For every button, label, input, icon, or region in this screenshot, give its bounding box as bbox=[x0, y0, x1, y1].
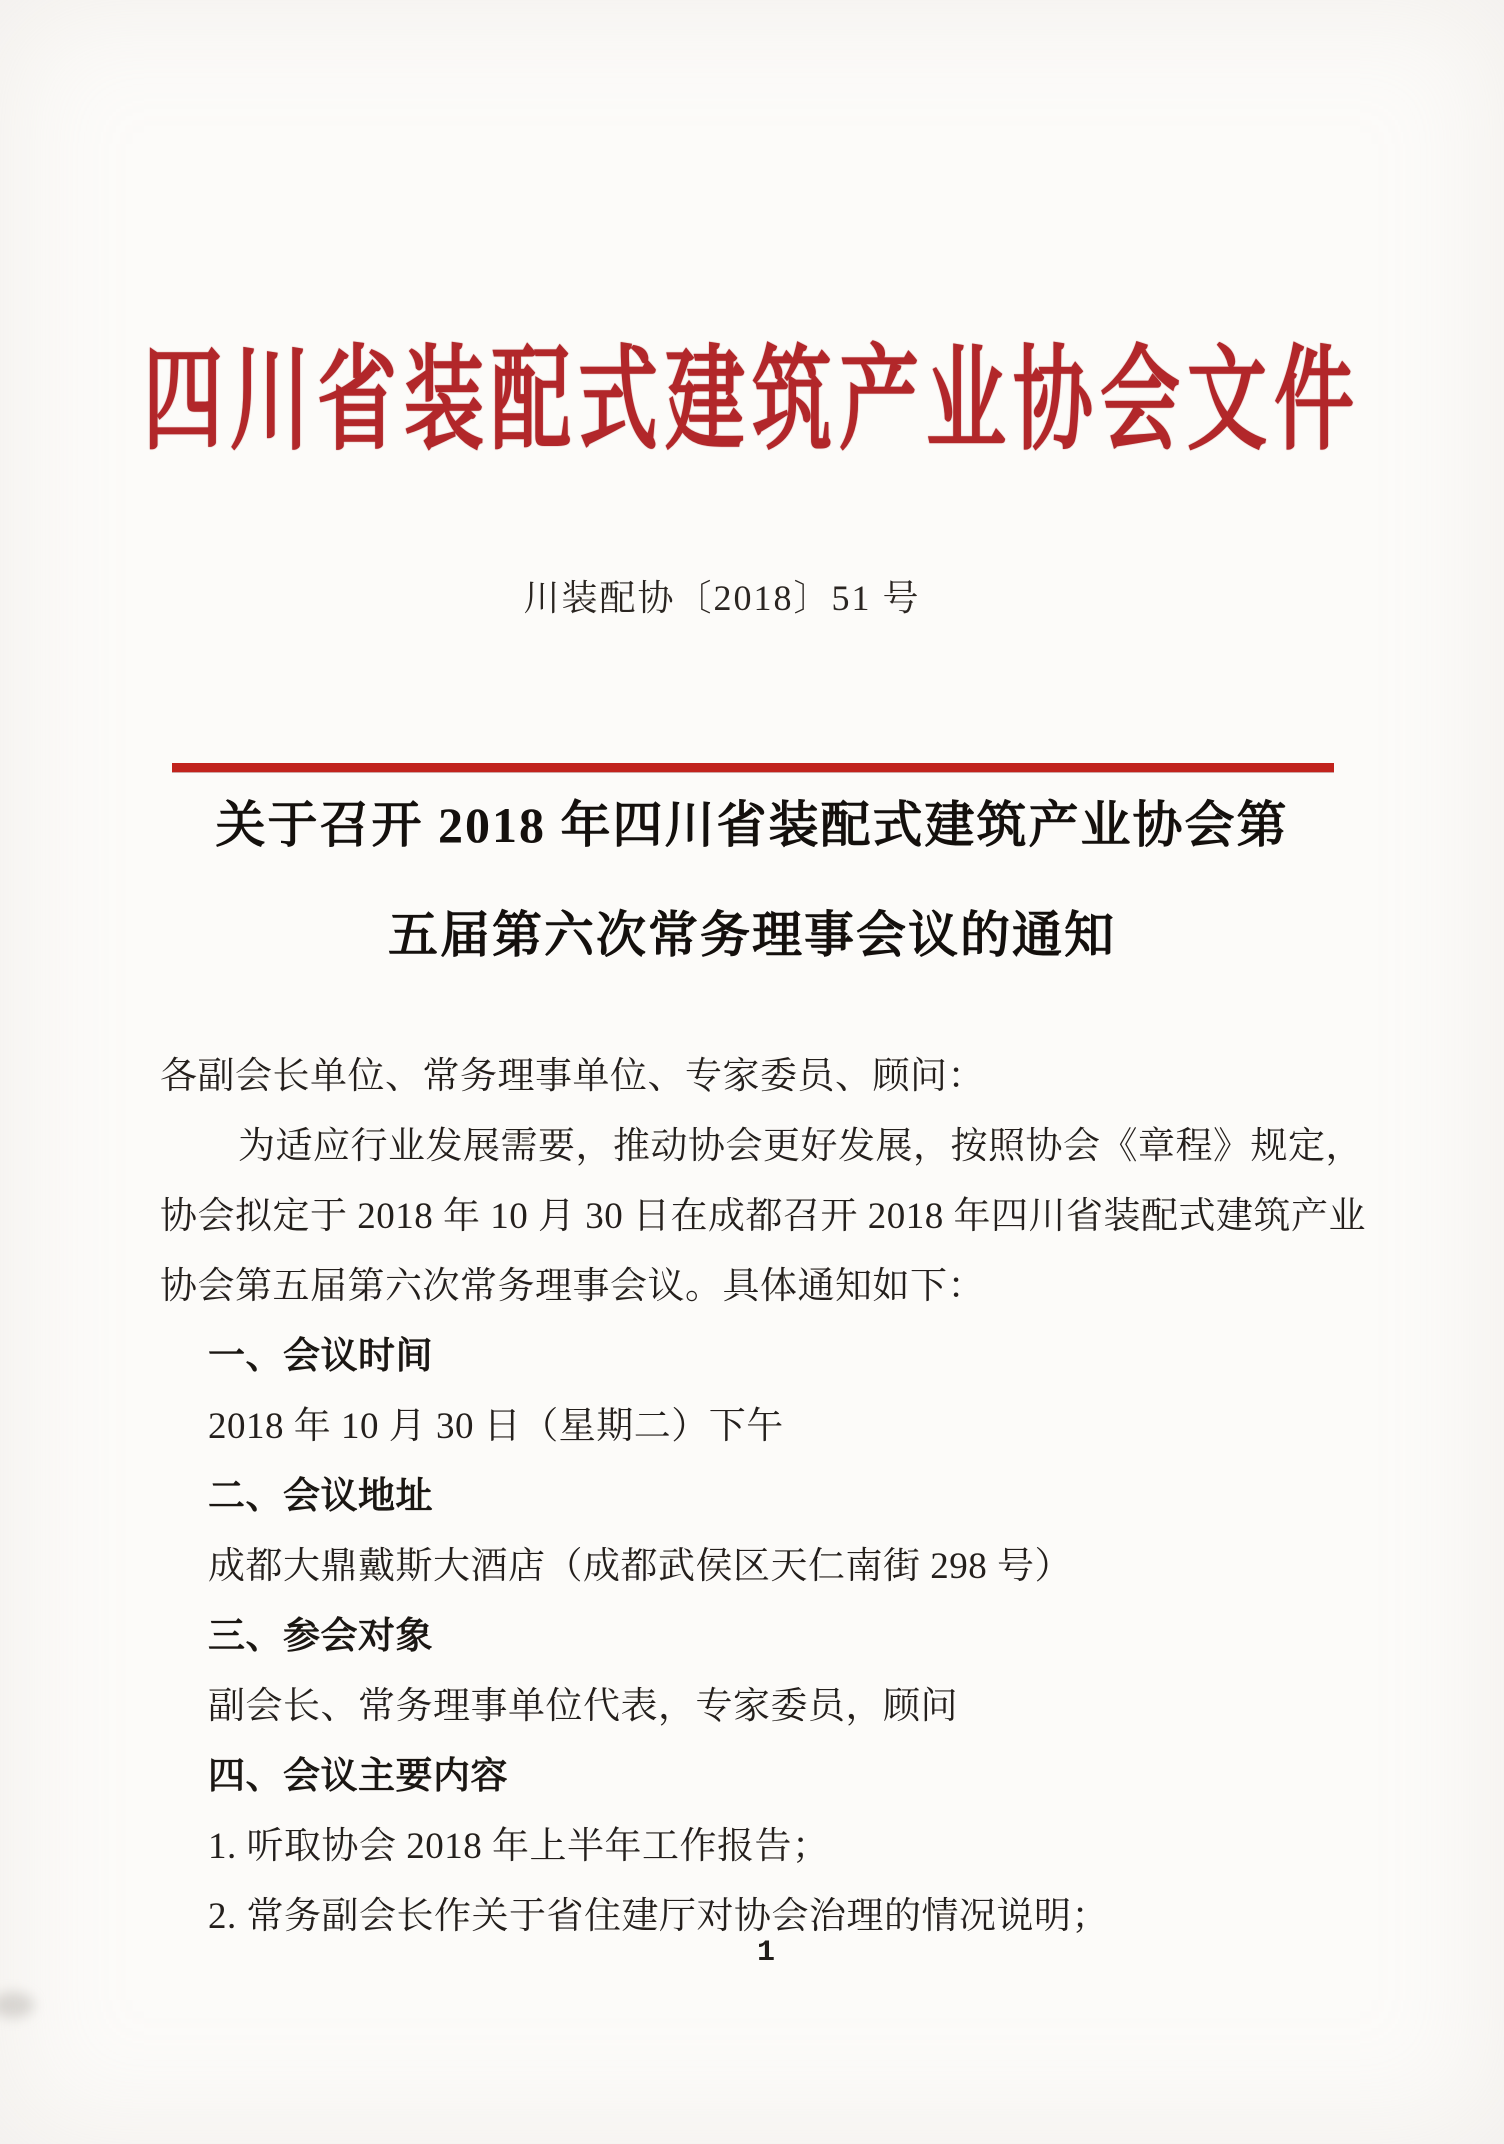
body-line: 二、会议地址 bbox=[160, 1462, 1356, 1532]
page-number: 1 bbox=[14, 1936, 1504, 1970]
document-body: 各副会长单位、常务理事单位、专家委员、顾问：为适应行业发展需要，推动协会更好发展… bbox=[160, 1042, 1356, 1952]
body-line: 三、参会对象 bbox=[160, 1602, 1356, 1672]
body-line: 各副会长单位、常务理事单位、专家委员、顾问： bbox=[160, 1042, 1356, 1112]
doc-title: 关于召开 2018 年四川省装配式建筑产业协会第 五届第六次常务理事会议的通知 bbox=[0, 770, 1504, 990]
doc-title-line-2: 五届第六次常务理事会议的通知 bbox=[0, 880, 1504, 990]
doc-title-line-1: 关于召开 2018 年四川省装配式建筑产业协会第 bbox=[0, 770, 1504, 880]
body-line: 成都大鼎戴斯大酒店（成都武侯区天仁南街 298 号） bbox=[160, 1532, 1356, 1602]
body-line: 为适应行业发展需要，推动协会更好发展，按照协会《章程》规定， bbox=[160, 1112, 1356, 1182]
body-line: 副会长、常务理事单位代表，专家委员，顾问 bbox=[160, 1672, 1356, 1742]
body-line: 四、会议主要内容 bbox=[160, 1742, 1356, 1812]
body-line: 一、会议时间 bbox=[160, 1322, 1356, 1392]
body-line: 1. 听取协会 2018 年上半年工作报告； bbox=[160, 1812, 1356, 1882]
doc-number: 川装配协〔2018〕51 号 bbox=[0, 570, 1474, 621]
body-line: 2018 年 10 月 30 日（星期二）下午 bbox=[160, 1392, 1356, 1462]
body-line: 协会拟定于 2018 年 10 月 30 日在成都召开 2018 年四川省装配式… bbox=[160, 1182, 1356, 1252]
body-line: 协会第五届第六次常务理事会议。具体通知如下： bbox=[160, 1252, 1356, 1322]
scan-artifact bbox=[0, 1992, 34, 2018]
document-page: 四川省装配式建筑产业协会文件 川装配协〔2018〕51 号 关于召开 2018 … bbox=[0, 0, 1504, 2144]
org-title-banner: 四川省装配式建筑产业协会文件 bbox=[0, 345, 1504, 459]
